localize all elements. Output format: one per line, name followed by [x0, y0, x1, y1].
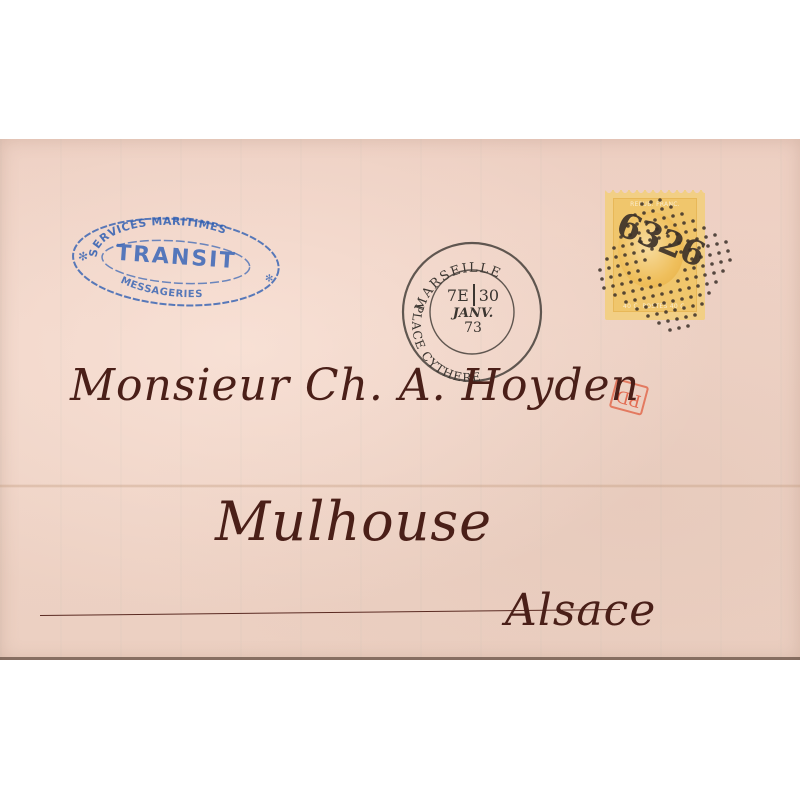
- transit-cachet: SERVICES MARITIMES MESSAGERIES ✻ ✻ TRANS…: [67, 208, 285, 313]
- datestamp-collection: 7E: [447, 288, 469, 303]
- dotted-diamond-cancel-icon: [580, 180, 750, 350]
- address-recipient: Monsieur Ch. A. Hoyden: [70, 360, 640, 411]
- svg-text:MESSAGERIES: MESSAGERIES: [118, 275, 204, 302]
- datestamp-day: 30: [479, 288, 499, 303]
- datestamp-divider: [473, 284, 475, 306]
- cachet-bottom-text: MESSAGERIES: [118, 275, 204, 302]
- datestamp-date: 7E 30 JANV. 73: [438, 278, 508, 348]
- fold-crease: [0, 484, 800, 488]
- datestamp-month: JANV.: [438, 306, 508, 321]
- address-city: Mulhouse: [215, 490, 492, 553]
- datestamp-year: 73: [438, 321, 508, 336]
- cover-edge: [0, 657, 800, 660]
- address-region: Alsace: [505, 585, 656, 636]
